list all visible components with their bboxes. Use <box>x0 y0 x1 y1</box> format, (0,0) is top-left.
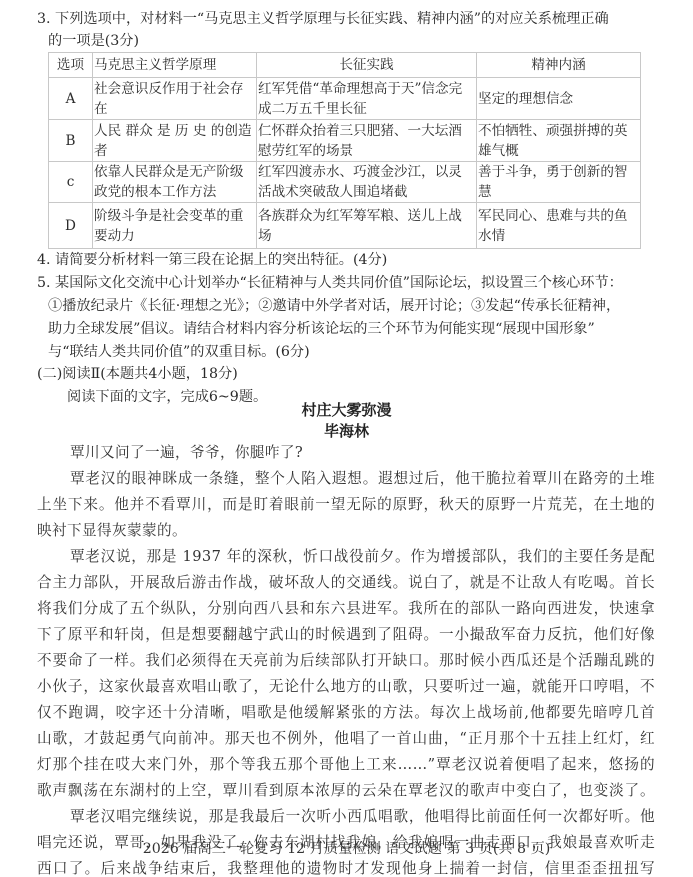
option-letter: A <box>49 78 93 120</box>
spirit-cell: 不怕牺牲、顽强拼搏的英雄气概 <box>477 120 641 162</box>
article-line: 将我们分成了五个纵队，分别向西八县和东六县进军。我所在的部队一路向西进发，快速拿 <box>37 599 655 619</box>
practice-cell: 仁怀群众抬着三只肥猪、一大坛酒慰劳红军的场景 <box>257 120 477 162</box>
question-4-text: 4. 请简要分析材料一第三段在论据上的突出特征。(4分) <box>37 250 387 270</box>
practice-cell: 红军四渡赤水、巧渡金沙江，以灵活战术突破敌人围追堵截 <box>257 162 477 203</box>
table-header-row: 选项 马克思主义哲学原理 长征实践 精神内涵 <box>49 53 641 78</box>
article-line: 西口了。后来战争结束后，我整理他的遗物时才发现他身上揣着一封信，信里歪歪扭扭写 <box>37 859 655 877</box>
question-5-text-cont: ①播放纪录片《长征·理想之光》；②邀请中外学者对话，展开讨论；③发起“传承长征精… <box>48 296 620 316</box>
article-line: 仅不跑调，咬字还十分清晰，唱歌是他缓解紧张的方法。每次上战场前,他都要先暗哼几首 <box>37 703 655 723</box>
table-row: A 社会意识反作用于社会存在 红军凭借“革命理想高于天”信念完成二万五千里长征 … <box>49 78 641 120</box>
article-line: 歌声飘荡在东湖村的上空，覃川看到原本浓厚的云朵在覃老汉的歌声中变白了，也变淡了。 <box>37 781 655 801</box>
practice-cell: 各族群众为红军筹军粮、送儿上战场 <box>257 203 477 249</box>
spirit-cell: 坚定的理想信念 <box>477 78 641 120</box>
options-table: 选项 马克思主义哲学原理 长征实践 精神内涵 A 社会意识反作用于社会存在 红军… <box>48 52 641 249</box>
question-5-text: 5. 某国际文化交流中心计划举办“长征精神与人类共同价值”国际论坛，拟设置三个核… <box>37 273 623 293</box>
spirit-cell: 军民同心、患难与共的鱼水情 <box>477 203 641 249</box>
article-line: 映衬下显得灰蒙蒙的。 <box>37 521 655 541</box>
article-line: 覃川又问了一遍，爷爷，你腿咋了? <box>70 443 655 463</box>
article-line: 小伙子，这家伙最喜欢唱山歌了，无论什么地方的山歌，只要听过一遍，就能开口哼唱，不 <box>37 677 655 697</box>
table-row: D 阶级斗争是社会变革的重要动力 各族群众为红军筹军粮、送儿上战场 军民同心、患… <box>49 203 641 249</box>
principle-cell: 依靠人民群众是无产阶级政党的根本工作方法 <box>93 162 257 203</box>
header-spirit: 精神内涵 <box>477 53 641 78</box>
table-row: B 人民 群众 是 历 史 的创造者 仁怀群众抬着三只肥猪、一大坛酒慰劳红军的场… <box>49 120 641 162</box>
article-line: 山歌，才鼓起勇气向前冲。那天也不例外，他唱了一首山曲，“正月那个十五挂上红灯，红 <box>37 729 655 749</box>
article-line: 上坐下来。他并不看覃川，而是盯着眼前一望无际的原野，秋天的原野一片荒芜，在土地的 <box>37 495 655 515</box>
section-heading: (二)阅读Ⅱ(本题共4小题，18分) <box>37 364 238 384</box>
spirit-cell: 善于斗争，勇于创新的智慧 <box>477 162 641 203</box>
option-letter: D <box>49 203 93 249</box>
option-letter: B <box>49 120 93 162</box>
article-line: 覃老汉的眼神眯成一条缝，整个人陷入遐想。遐想过后，他干脆拉着覃川在路旁的土堆 <box>70 469 655 489</box>
question-3-text-cont: 的一项是(3分) <box>48 31 139 51</box>
header-practice: 长征实践 <box>257 53 477 78</box>
question-5-text-cont: 助力全球发展”倡议。请结合材料内容分析该论坛的三个环节为何能实现“展现中国形象” <box>48 319 595 339</box>
option-letter: c <box>49 162 93 203</box>
table-row: c 依靠人民群众是无产阶级政党的根本工作方法 红军四渡赤水、巧渡金沙江，以灵活战… <box>49 162 641 203</box>
article-line: 灯那个挂在哎大来门外，那个等我五那个哥他上工来……”覃老汉说着便唱了起来，悠扬的 <box>37 755 655 775</box>
principle-cell: 人民 群众 是 历 史 的创造者 <box>93 120 257 162</box>
article-line: 不要命了一样。我们必须得在天亮前为后续部队打开缺口。那时候小西瓜还是个活蹦乱跳的 <box>37 651 655 671</box>
page-footer: 2026 届高三一轮复习 12 月质量检测 语文试题 第 3 页(共 8 页) <box>0 838 693 858</box>
principle-cell: 阶级斗争是社会变革的重要动力 <box>93 203 257 249</box>
article-line: 合主力部队，开展敌后游击作战，破坏敌人的交通线。说白了，就是不让敌人有吃喝。首长 <box>37 573 655 593</box>
practice-cell: 红军凭借“革命理想高于天”信念完成二万五千里长征 <box>257 78 477 120</box>
article-title: 村庄大雾弥漫 <box>0 399 693 420</box>
question-5-text-cont: 与“联结人类共同价值”的双重目标。(6分) <box>48 342 310 362</box>
article-line: 覃老汉唱完继续说，那是我最后一次听小西瓜唱歌，他唱得比前面任何一次都好听。他 <box>70 807 655 827</box>
header-principle: 马克思主义哲学原理 <box>93 53 257 78</box>
header-option: 选项 <box>49 53 93 78</box>
article-line: 下了原平和轩岗，但是想要翻越宁武山的时候遇到了阻碍。一小撮敌军奋力反抗，他们好像 <box>37 625 655 645</box>
article-line: 覃老汉说，那是 1937 年的深秋，忻口战役前夕。作为增援部队，我们的主要任务是… <box>70 547 655 567</box>
article-author: 毕海林 <box>0 420 693 441</box>
question-3-text: 3. 下列选项中，对材料一“马克思主义哲学原理与长征实践、精神内涵”的对应关系梳… <box>37 9 609 29</box>
principle-cell: 社会意识反作用于社会存在 <box>93 78 257 120</box>
